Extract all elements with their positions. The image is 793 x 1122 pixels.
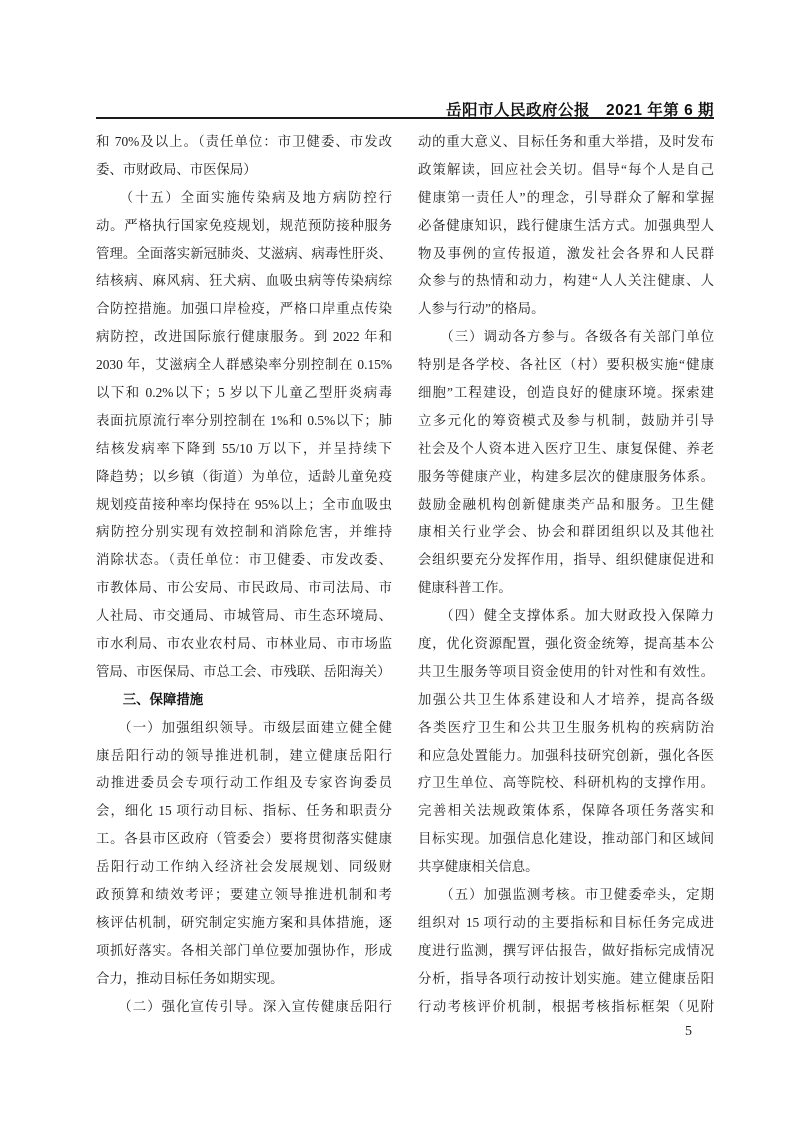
- text-line: 管局、市医保局、市总工会、市残联、岳阳海关）: [96, 658, 392, 686]
- header-rule: [96, 117, 714, 119]
- text-line: 和 70%及以上。（责任单位：市卫健委、市发改: [96, 128, 392, 156]
- text-line: 动的重大意义、目标任务和重大举措，及时发布: [418, 128, 714, 156]
- text-line: 健康科普工作。: [418, 574, 714, 602]
- text-line: 政策解读，回应社会关切。倡导“每个人是自己: [418, 156, 714, 184]
- text-line: 人参与行动”的格局。: [418, 295, 714, 323]
- text-line: 共卫生服务等项目资金使用的针对性和有效性。: [418, 658, 714, 686]
- text-line: 市水利局、市农业农村局、市林业局、市市场监: [96, 630, 392, 658]
- text-line: 细胞”工程建设，创造良好的健康环境。探索建: [418, 379, 714, 407]
- text-line: 鼓励金融机构创新健康类产品和服务。卫生健: [418, 491, 714, 519]
- right-column: 动的重大意义、目标任务和重大举措，及时发布政策解读，回应社会关切。倡导“每个人是…: [418, 128, 714, 1021]
- text-line: 结核病、麻风病、狂犬病、血吸虫病等传染病综: [96, 267, 392, 295]
- text-line: （四）健全支撑体系。加大财政投入保障力: [418, 602, 714, 630]
- text-line: 各类医疗卫生和公共卫生服务机构的疾病防治: [418, 714, 714, 742]
- text-line: 降趋势；以乡镇（街道）为单位，适龄儿童免疫: [96, 463, 392, 491]
- left-column: 和 70%及以上。（责任单位：市卫健委、市发改委、市财政局、市医保局） （十五）…: [96, 128, 392, 1021]
- page-number: 5: [96, 1024, 714, 1040]
- text-line: 行动考核评价机制，根据考核指标框架（见附: [418, 993, 714, 1021]
- text-line: 完善相关法规政策体系，保障各项任务落实和: [418, 797, 714, 825]
- text-line: 目标实现。加强信息化建设，推动部门和区域间: [418, 825, 714, 853]
- text-line: （一）加强组织领导。市级层面建立健全健: [96, 714, 392, 742]
- section-heading: 三、保障措施: [96, 686, 392, 714]
- text-line: 规划疫苗接种率均保持在 95%以上；全市血吸虫: [96, 491, 392, 519]
- gazette-page: 岳阳市人民政府公报2021 年第 6 期 和 70%及以上。（责任单位：市卫健委…: [0, 0, 793, 1122]
- text-line: （五）加强监测考核。市卫健委牵头，定期: [418, 881, 714, 909]
- text-line: 众参与的热情和动力，构建“人人关注健康、人: [418, 267, 714, 295]
- text-line: 度进行监测，撰写评估报告，做好指标完成情况: [418, 937, 714, 965]
- text-line: 康岳阳行动的领导推进机制，建立健康岳阳行: [96, 742, 392, 770]
- text-line: 和应急处置能力。加强科技研究创新，强化各医: [418, 742, 714, 770]
- text-line: 2030 年，艾滋病全人群感染率分别控制在 0.15%: [96, 351, 392, 379]
- text-line: 康相关行业学会、协会和群团组织以及其他社: [418, 518, 714, 546]
- text-line: 动推进委员会专项行动工作组及专家咨询委员: [96, 769, 392, 797]
- text-line: 必备健康知识，践行健康生活方式。加强典型人: [418, 212, 714, 240]
- text-line: 物及事例的宣传报道，激发社会各界和人民群: [418, 240, 714, 268]
- text-line: 会组织要充分发挥作用，指导、组织健康促进和: [418, 546, 714, 574]
- text-line: 组织对 15 项行动的主要指标和目标任务完成进: [418, 909, 714, 937]
- text-line: 加强公共卫生体系建设和人才培养，提高各级: [418, 686, 714, 714]
- text-line: 特别是各学校、各社区（村）要积极实施“健康: [418, 351, 714, 379]
- text-line: 人社局、市交通局、市城管局、市生态环境局、: [96, 602, 392, 630]
- text-line: 病防控，改进国际旅行健康服务。到 2022 年和: [96, 323, 392, 351]
- text-line: 疗卫生单位、高等院校、科研机构的支撑作用。: [418, 769, 714, 797]
- text-line: 岳阳行动工作纳入经济社会发展规划、同级财: [96, 853, 392, 881]
- text-line: 健康第一责任人”的理念，引导群众了解和掌握: [418, 184, 714, 212]
- text-line: 会，细化 15 项行动目标、指标、任务和职责分: [96, 797, 392, 825]
- text-line: （十五）全面实施传染病及地方病防控行: [96, 184, 392, 212]
- text-line: 立多元化的筹资模式及参与机制，鼓励并引导: [418, 407, 714, 435]
- text-line: 共享健康相关信息。: [418, 853, 714, 881]
- text-line: 政预算和绩效考评；要建立领导推进机制和考: [96, 881, 392, 909]
- text-line: 项抓好落实。各相关部门单位要加强协作，形成: [96, 937, 392, 965]
- text-line: 病防控分别实现有效控制和消除危害，并维持: [96, 518, 392, 546]
- text-line: 服务等健康产业，构建多层次的健康服务体系。: [418, 463, 714, 491]
- text-line: 表面抗原流行率分别控制在 1%和 0.5%以下；肺: [96, 407, 392, 435]
- text-line: 合力，推动目标任务如期实现。: [96, 965, 392, 993]
- text-line: 消除状态。（责任单位：市卫健委、市发改委、: [96, 546, 392, 574]
- content-columns: 和 70%及以上。（责任单位：市卫健委、市发改委、市财政局、市医保局） （十五）…: [96, 128, 714, 1021]
- text-line: 分析，指导各项行动按计划实施。建立健康岳阳: [418, 965, 714, 993]
- text-line: 委、市财政局、市医保局）: [96, 156, 392, 184]
- text-line: 动。严格执行国家免疫规划，规范预防接种服务: [96, 212, 392, 240]
- text-line: 结核发病率下降到 55/10 万以下，并呈持续下: [96, 435, 392, 463]
- text-line: 核评估机制，研究制定实施方案和具体措施，逐: [96, 909, 392, 937]
- text-line: 管理。全面落实新冠肺炎、艾滋病、病毒性肝炎、: [96, 240, 392, 268]
- text-line: 社会及个人资本进入医疗卫生、康复保健、养老: [418, 435, 714, 463]
- text-line: 以下和 0.2%以下；5 岁以下儿童乙型肝炎病毒: [96, 379, 392, 407]
- text-line: （二）强化宣传引导。深入宣传健康岳阳行: [96, 993, 392, 1021]
- text-line: 工。各县市区政府（管委会）要将贯彻落实健康: [96, 825, 392, 853]
- text-line: 度，优化资源配置，强化资金统筹，提高基本公: [418, 630, 714, 658]
- text-line: 合防控措施。加强口岸检疫，严格口岸重点传染: [96, 295, 392, 323]
- text-line: （三）调动各方参与。各级各有关部门单位: [418, 323, 714, 351]
- text-line: 市教体局、市公安局、市民政局、市司法局、市: [96, 574, 392, 602]
